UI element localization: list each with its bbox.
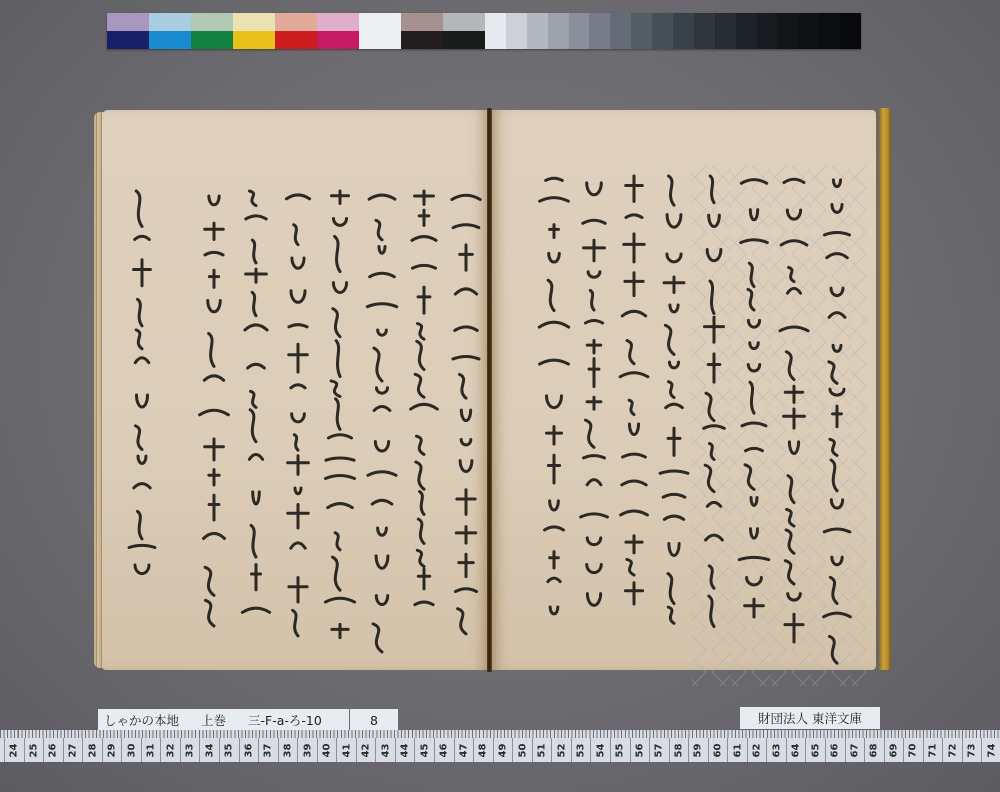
gray-patch — [610, 13, 631, 49]
script-column — [620, 176, 648, 604]
color-patch — [443, 13, 485, 49]
script-column — [200, 196, 229, 626]
ruler-number: 44 — [395, 738, 415, 762]
ruler-number: 32 — [160, 738, 180, 762]
gray-patch — [694, 13, 715, 49]
gray-patch — [840, 13, 861, 49]
ruler-number: 40 — [317, 738, 337, 762]
ruler-number: 29 — [102, 738, 122, 762]
calligraphy-script — [94, 106, 891, 674]
ruler-number: 68 — [864, 738, 884, 762]
script-column — [367, 195, 396, 652]
ruler-number: 33 — [180, 738, 200, 762]
ruler-number: 63 — [766, 738, 786, 762]
gray-scale-strip — [485, 13, 861, 49]
ruler-number: 62 — [747, 738, 767, 762]
ruler-number: 45 — [414, 738, 434, 762]
ruler-number: 48 — [473, 738, 493, 762]
ruler-number: 58 — [669, 738, 689, 762]
ruler-number: 64 — [786, 738, 806, 762]
gray-patch — [819, 13, 840, 49]
owner-label: 財団法人 東洋文庫 — [740, 707, 880, 729]
color-patches — [107, 13, 485, 49]
ruler-number: 38 — [278, 738, 298, 762]
ruler-number: 43 — [375, 738, 395, 762]
gray-patch — [777, 13, 798, 49]
color-patch — [275, 13, 317, 49]
open-book — [94, 106, 891, 674]
gray-patch — [589, 13, 610, 49]
ruler-number: 55 — [610, 738, 630, 762]
gray-patch — [715, 13, 736, 49]
gray-patch — [757, 13, 778, 49]
ruler-number: 26 — [43, 738, 63, 762]
ruler-number: 49 — [493, 738, 513, 762]
ruler-number: 52 — [551, 738, 571, 762]
ruler-number: 74 — [981, 738, 1000, 762]
script-column — [286, 195, 309, 636]
script-column — [581, 183, 608, 605]
gray-patch — [798, 13, 819, 49]
color-patch — [191, 13, 233, 49]
ruler-number: 67 — [845, 738, 865, 762]
catalog-label: しゃかの本地 上巻 三-F-a-ろ-10 — [98, 709, 349, 731]
ruler-number: 36 — [239, 738, 259, 762]
ruler-number: 70 — [903, 738, 923, 762]
color-patch — [107, 13, 149, 49]
gray-patch — [652, 13, 673, 49]
ruler-ticks — [0, 730, 1000, 738]
ruler-number: 25 — [24, 738, 44, 762]
color-patch — [317, 13, 359, 49]
ruler-number: 73 — [962, 738, 982, 762]
ruler-number: 61 — [727, 738, 747, 762]
ruler-number: 41 — [336, 738, 356, 762]
script-column — [325, 191, 354, 638]
script-column — [660, 176, 688, 623]
color-patch — [233, 13, 275, 49]
ruler-number: 71 — [923, 738, 943, 762]
color-patch — [359, 13, 401, 49]
ruler-number: 59 — [688, 738, 708, 762]
ruler-number: 69 — [884, 738, 904, 762]
gray-patch — [506, 13, 527, 49]
call-number: 三-F-a-ろ-10 — [248, 711, 322, 729]
ruler-number: 39 — [297, 738, 317, 762]
ruler-number: 31 — [141, 738, 161, 762]
script-column — [739, 180, 769, 617]
ruler-number: 46 — [434, 738, 454, 762]
gray-patch — [527, 13, 548, 49]
volume-label: 上巻 — [201, 711, 226, 729]
owner-name: 財団法人 東洋文庫 — [758, 709, 862, 727]
gray-patch — [736, 13, 757, 49]
ruler-number: 72 — [942, 738, 962, 762]
script-column — [129, 191, 155, 574]
ruler-number: 57 — [649, 738, 669, 762]
script-column — [539, 178, 568, 614]
page-number-label: 8 — [350, 709, 398, 731]
color-patch — [149, 13, 191, 49]
measuring-ruler: 2425262728293031323334353637383940414243… — [0, 730, 1000, 762]
script-column — [824, 180, 851, 663]
page-number: 8 — [370, 713, 378, 728]
ruler-number: 60 — [708, 738, 728, 762]
ruler-number: 51 — [532, 738, 552, 762]
ruler-number: 54 — [590, 738, 610, 762]
gray-patch — [673, 13, 694, 49]
ruler-number: 66 — [825, 738, 845, 762]
ruler-number: 56 — [630, 738, 650, 762]
script-column — [780, 179, 808, 642]
ruler-number: 50 — [512, 738, 532, 762]
ruler-numbers: 2425262728293031323334353637383940414243… — [4, 738, 1000, 762]
script-column — [242, 191, 269, 612]
gray-patch — [631, 13, 652, 49]
ruler-number: 24 — [4, 738, 24, 762]
gray-patch — [548, 13, 569, 49]
gray-patch — [569, 13, 590, 49]
ruler-number: 53 — [571, 738, 591, 762]
script-column — [411, 191, 438, 605]
script-column — [704, 176, 725, 626]
book-title: しゃかの本地 — [104, 711, 179, 729]
ruler-number: 65 — [805, 738, 825, 762]
ruler-number: 27 — [63, 738, 83, 762]
color-calibration-target — [107, 13, 861, 49]
ruler-number: 47 — [454, 738, 474, 762]
ruler-number: 34 — [199, 738, 219, 762]
gray-patch — [485, 13, 506, 49]
ruler-number: 30 — [121, 738, 141, 762]
ruler-number: 28 — [82, 738, 102, 762]
color-patch — [401, 13, 443, 49]
script-column — [452, 195, 480, 634]
ruler-number: 37 — [258, 738, 278, 762]
ruler-number: 42 — [356, 738, 376, 762]
ruler-number: 35 — [219, 738, 239, 762]
